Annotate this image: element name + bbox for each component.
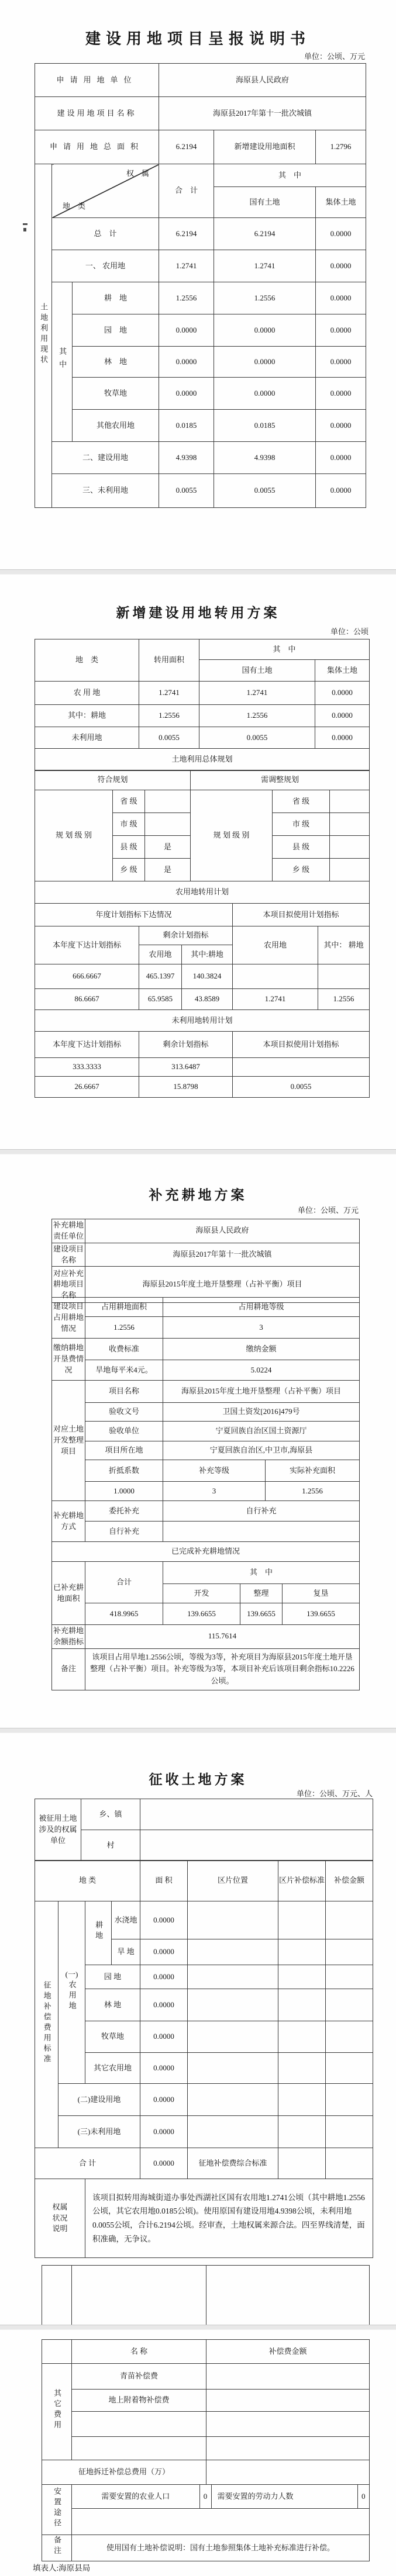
table-row: 验收单位 宁夏回族自治区国土资源厅 <box>52 1422 360 1441</box>
table-row: 一、 农用地 1.2741 1.2741 0.0000 <box>35 250 366 282</box>
labor-count-label: 需要安置的劳动力人数 <box>211 2485 357 2508</box>
applicant-value: 海原县人民政府 <box>159 64 366 97</box>
cell: 0.0000 <box>140 1965 188 1989</box>
cell: 1.2741 <box>159 250 214 282</box>
farmland-subheader: 农用地 <box>139 945 182 964</box>
accept-no-value: 卫国土资发[2016]479号 <box>163 1403 360 1422</box>
page-break <box>0 1728 396 1733</box>
table-row: 其中 耕 地 1.2556 1.2556 0.0000 <box>35 282 366 314</box>
resettlement-label: 安置途径 <box>42 2485 72 2535</box>
done-total-value: 418.9965 <box>85 1603 163 1625</box>
table-row: 其他农用地 0.0185 0.0185 0.0000 <box>35 410 366 442</box>
village-value <box>140 1830 373 1861</box>
cell: 1.2741 <box>199 682 315 705</box>
cell: 0.0000 <box>140 2084 188 2116</box>
actual-header: 实际补充面积 <box>266 1460 360 1482</box>
cell <box>145 813 191 836</box>
cell <box>278 1901 326 1939</box>
cell: 0.0000 <box>316 474 366 508</box>
table-row: 权属状况说明 该项目拟转用海城街道办事处西湖社区国有农用地1.2741公顷（其中… <box>35 2179 373 2258</box>
cell <box>233 1058 370 1077</box>
table-row: 林 地 0.0000 <box>35 1989 373 2021</box>
remark-text: 使用国有土地补偿说明：国有土地参照集体土地补充标准进行补偿。 <box>72 2535 370 2561</box>
new-area-label: 新增建设用地面积 <box>214 130 316 164</box>
done-area-group-label: 已补充耕地面积 <box>52 1562 85 1625</box>
cell <box>145 790 191 813</box>
remark-label: 备注 <box>42 2535 72 2561</box>
cell: 333.3333 <box>35 1058 139 1077</box>
occupy-area-value: 1.2556 <box>85 1317 163 1339</box>
row-label: 耕 地 <box>73 282 159 314</box>
entrusted-value: 自行补充 <box>163 1501 360 1522</box>
row-label: 林 地 <box>85 1989 140 2021</box>
row-label: 其他农用地 <box>73 410 159 442</box>
cell <box>326 2148 373 2179</box>
fee-amount <box>206 2437 370 2460</box>
fee-name-header: 名 称 <box>72 2340 206 2364</box>
project-use-header: 本项目拟使用计划指标 <box>233 1032 370 1058</box>
table-row: 333.3333 313.6487 <box>35 1058 370 1077</box>
balance-value: 115.7614 <box>85 1625 360 1649</box>
grade-value: 3 <box>163 1482 266 1501</box>
table-row: 验收文号 卫国土资发[2016]479号 <box>52 1403 360 1422</box>
table-row: 备注 使用国有土地补偿说明：国有土地参照集体土地补充标准进行补偿。 <box>42 2535 370 2561</box>
diagonal-header-cell: 权 属 地 类 <box>52 164 159 218</box>
cell <box>72 2509 370 2535</box>
row-label: 农 用 地 <box>35 682 139 705</box>
table-row: 二、建设用地 4.9398 4.9398 0.0000 <box>35 442 366 474</box>
fee-amount-value: 5.0224 <box>163 1360 360 1381</box>
cell: 0.0000 <box>214 378 316 410</box>
cell <box>278 1965 326 1989</box>
table-row: 建设项目名称 海原县2017年第十一批次城镇 <box>52 1243 360 1267</box>
plan-level-label: 规 划 级 别 <box>35 790 113 881</box>
cell: 0.0000 <box>316 442 366 474</box>
cell: 0.0000 <box>140 2053 188 2084</box>
table-row <box>42 2412 370 2437</box>
arrange-value: 139.6655 <box>240 1603 283 1625</box>
table-row: 26.6667 15.8798 0.0055 <box>35 1077 370 1098</box>
cell: 0.0000 <box>140 1939 188 1965</box>
development-group-label: 对应土地开发整理项目 <box>52 1381 85 1501</box>
cell <box>188 2084 278 2116</box>
cell <box>233 964 318 989</box>
cell <box>188 2053 278 2084</box>
township-header: 乡、镇 <box>81 1799 140 1830</box>
self-value <box>163 1522 360 1542</box>
row-label: 三、未利用地 <box>52 474 159 508</box>
occupy-fee-table: 建设项目占用耕地情况 占用耕地面积 占用耕地等级 1.2556 3 缴纳耕地开垦… <box>51 1297 360 1381</box>
cell: 0.0000 <box>316 410 366 442</box>
level-label: 市 级 <box>113 813 145 836</box>
section-done-header: 已完成补充耕地情况 <box>52 1542 360 1562</box>
occupy-grade-header: 占用耕地等级 <box>163 1298 360 1317</box>
table-row: 86.6667 65.9585 43.8589 1.2741 1.2556 <box>35 989 370 1010</box>
table-row: 规 划 级 别 省 级 规 划 级 别 省 级 <box>35 790 370 813</box>
table-row: 补充耕地余额指标 115.7614 <box>52 1625 360 1649</box>
table-row: 牧草地 0.0000 <box>35 2021 373 2053</box>
among-side-label: 其中 <box>52 282 73 442</box>
level-label: 乡 级 <box>113 859 145 881</box>
row-label: 其它农用地 <box>85 2053 140 2084</box>
cell: 0.0000 <box>140 2116 188 2148</box>
cell <box>278 2148 326 2179</box>
balance-note-table: 补充耕地余额指标 115.7614 备注 该项目占用旱地1.2556公顷，等级为… <box>51 1624 360 1690</box>
cultivated-group-label: 耕地 <box>85 1901 112 1965</box>
page2-title: 新增建设用地转用方案 <box>0 602 396 621</box>
remaining-index-header: 剩余计划指标 <box>139 1032 233 1058</box>
cell: 0.0000 <box>140 2021 188 2053</box>
cell: 0.0000 <box>316 250 366 282</box>
cell <box>278 2053 326 2084</box>
cell: 0.0185 <box>214 410 316 442</box>
table-row: 安置途径 需要安置的农业人口 0 需要安置的劳动力人数 0 <box>42 2485 370 2509</box>
accept-unit-value: 宁夏回族自治区国土资源厅 <box>163 1422 360 1441</box>
row-label: 总 计 <box>52 218 159 250</box>
ownership-table: 被征用土地涉及的权属单位 乡、镇 村 <box>35 1799 373 1861</box>
cell: 65.9585 <box>139 989 182 1010</box>
cell: 1.2556 <box>214 282 316 314</box>
page1-unit-label: 单位：公顷、万元 <box>304 50 365 61</box>
project-name-label: 建设用地项目名称 <box>35 97 159 130</box>
page3-title: 补充耕地方案 <box>0 1184 396 1204</box>
cultivated-subheader: 其中:耕地 <box>182 945 233 964</box>
page2-unit-label: 单位：公顷 <box>330 625 369 637</box>
village-header: 村 <box>81 1830 140 1861</box>
table-row: 其它农用地 0.0000 <box>35 2053 373 2084</box>
fee-standard-header: 收费标准 <box>85 1339 163 1360</box>
cell: 是 <box>145 859 191 881</box>
page1-title: 建设用地项目呈报说明书 <box>0 27 396 49</box>
table-row <box>42 2509 370 2535</box>
report-table: 申请用地单位 海原县人民政府 建设用地项目名称 海原县2017年第十一批次城镇 … <box>35 63 366 508</box>
level-label: 县 级 <box>273 836 330 859</box>
cell: 6.2194 <box>159 218 214 250</box>
std-header: 区片补偿标准 <box>278 1861 326 1901</box>
state-header: 国有土地 <box>199 660 315 682</box>
cell: 0.0055 <box>159 474 214 508</box>
row-label: 牧草地 <box>73 378 159 410</box>
table-row: 1.2556 3 <box>52 1317 360 1339</box>
cell: 0.0055 <box>233 1077 370 1098</box>
cell <box>318 964 370 989</box>
page4-title: 征收土地方案 <box>0 1769 396 1788</box>
scanned-form-packet: 建设用地项目呈报说明书 单位：公顷、万元 申请用地单位 海原县人民政府 建设用地… <box>0 0 396 2576</box>
diag-ownership-label: 权 属 <box>126 168 149 179</box>
diag-landtype-label: 地 类 <box>63 201 85 212</box>
development-project-table: 对应土地开发整理项目 项目名称 海原县2015年度土地开垦整理（占补平衡）项目 … <box>51 1380 360 1501</box>
cell: 0.0055 <box>139 727 199 749</box>
composite-std-header: 征地补偿费综合标准 <box>188 2148 278 2179</box>
cell <box>278 2021 326 2053</box>
total-area-value: 6.2194 <box>159 130 214 164</box>
arrange-header: 整理 <box>240 1584 283 1603</box>
resettlement-inner-table: 需要安置的农业人口 0 需要安置的劳动力人数 0 <box>72 2485 369 2508</box>
occupy-area-header: 占用耕地面积 <box>85 1298 163 1317</box>
applicant-label: 申请用地单位 <box>35 64 159 97</box>
accept-unit-header: 验收单位 <box>85 1422 163 1441</box>
table-row: 666.6667 465.1397 140.3824 <box>35 964 370 989</box>
cell: 1.2741 <box>214 250 316 282</box>
cell: 0.0000 <box>315 727 370 749</box>
row-label: 园 地 <box>73 314 159 347</box>
project-name-value: 海原县2017年第十一批次城镇 <box>159 97 366 130</box>
table-row: 备注 该项目占用旱地1.2556公顷，等级为3等，补充项目为海原县2015年度土… <box>52 1648 360 1690</box>
fee-standard-value: 旱地每平米4元。 <box>85 1360 163 1381</box>
cell <box>326 1989 373 2021</box>
cell: 86.6667 <box>35 989 139 1010</box>
cell: 313.6487 <box>139 1058 233 1077</box>
cell <box>72 2266 206 2325</box>
cell <box>188 1901 278 1939</box>
expropriation-table: 地 类 面 积 区片位置 区片补偿标准 补偿金额 征地补偿费用标准 (一) 农用… <box>35 1860 373 2258</box>
cell <box>188 1989 278 2021</box>
total-label: 合 计 <box>35 2148 140 2179</box>
land-use-status-side-label: 土地利用现状 <box>35 164 52 508</box>
cell: 0.0000 <box>159 314 214 347</box>
unused-plan-table: 本年度下达计划指标 剩余计划指标 本项目拟使用计划指标 333.3333 313… <box>35 1031 370 1098</box>
amount-header: 补偿金额 <box>326 1861 373 1901</box>
level-label: 省 级 <box>273 790 330 813</box>
cell <box>278 1989 326 2021</box>
self-header: 自行补充 <box>85 1522 163 1542</box>
cell: 0.0000 <box>140 1989 188 2021</box>
table-row: 对应土地开发整理项目 项目名称 海原县2015年度土地开垦整理（占补平衡）项目 <box>52 1381 360 1403</box>
table-row: 村 <box>35 1830 373 1861</box>
fee-name: 地上附着物补偿费 <box>72 2390 206 2412</box>
level-label: 市 级 <box>273 813 330 836</box>
done-total-header: 合计 <box>85 1562 163 1603</box>
cell: 0.0000 <box>316 378 366 410</box>
cell: 1.2741 <box>139 682 199 705</box>
fee-amount-header: 补偿费金额 <box>206 2340 370 2364</box>
plan-level-table: 符合规划 需调整规划 规 划 级 别 省 级 规 划 级 别 省 级 市 级 市… <box>35 770 370 904</box>
table-row: 牧草地 0.0000 0.0000 0.0000 <box>35 378 366 410</box>
cell: 140.3824 <box>182 964 233 989</box>
cell <box>188 2116 278 2148</box>
occupy-grade-value: 3 <box>163 1317 360 1339</box>
coef-value: 1.0000 <box>85 1482 163 1501</box>
cell <box>188 2021 278 2053</box>
row-label: 二、建设用地 <box>52 442 159 474</box>
cell: 465.1397 <box>139 964 182 989</box>
cell <box>206 2266 370 2325</box>
develop-value: 139.6655 <box>163 1603 240 1625</box>
fee-group-label: 缴纳耕地开垦费情况 <box>52 1339 85 1381</box>
table-row: 园 地 0.0000 <box>35 1965 373 1989</box>
cell <box>278 2084 326 2116</box>
compensation-side-label: 征地补偿费用标准 <box>35 1901 58 2148</box>
row-label: (三)未利用地 <box>58 2116 140 2148</box>
cell: 1.2556 <box>139 705 199 727</box>
cell <box>326 1939 373 1965</box>
new-area-value: 1.2796 <box>316 130 366 164</box>
cell <box>278 2116 326 2148</box>
table-row: 园 地 0.0000 0.0000 0.0000 <box>35 314 366 347</box>
cell: 666.6667 <box>35 964 139 989</box>
cell <box>42 2340 72 2364</box>
conversion-table: 地 类 转用面积 其 中 国有土地 集体土地 农 用 地 1.2741 1.27… <box>35 639 370 771</box>
table-row: 合 计 0.0000 征地补偿费综合标准 <box>35 2148 373 2179</box>
table-row: 补充耕地方式 委托补充 自行补充 <box>52 1501 360 1522</box>
col-collective-header: 集体土地 <box>316 187 366 218</box>
total-fee-value <box>206 2460 370 2485</box>
project-use-header: 本项目拟使用计划指标 <box>233 904 370 926</box>
page-break <box>0 569 396 575</box>
farmland-header: 农用地 <box>233 926 318 964</box>
cell <box>326 1901 373 1939</box>
remaining-index-header: 剩余计划指标 <box>139 926 233 945</box>
cell: 是 <box>145 836 191 859</box>
balance-label: 补充耕地余额指标 <box>52 1625 85 1649</box>
page4-unit-label: 单位：公顷、万元、人 <box>297 1787 373 1799</box>
fee-amount <box>206 2412 370 2437</box>
entrusted-header: 委托补充 <box>85 1501 163 1522</box>
coef-header: 折抵系数 <box>85 1460 163 1482</box>
collective-header: 集体土地 <box>315 660 370 682</box>
landtype-header: 地 类 <box>35 1861 140 1901</box>
cell: 0.0000 <box>159 378 214 410</box>
table-row: (三)未利用地 0.0000 <box>35 2116 373 2148</box>
among-header: 其 中 <box>199 639 370 660</box>
section-unused-conversion: 未利用地转用计划 <box>35 1010 370 1032</box>
row-label: 牧草地 <box>85 2021 140 2053</box>
cell: 0.0185 <box>159 410 214 442</box>
location-header: 项目所在地 <box>85 1441 163 1460</box>
cell <box>330 836 370 859</box>
cell: 0.0000 <box>159 347 214 378</box>
table-row: 林 地 0.0000 0.0000 0.0000 <box>35 347 366 378</box>
done-among-header: 其 中 <box>163 1562 360 1584</box>
table-row: 未利用地 0.0055 0.0055 0.0000 <box>35 727 370 749</box>
group-number: (一) <box>59 1969 84 1980</box>
responsible-unit-label: 补充耕地责任单位 <box>52 1219 85 1243</box>
occupy-group-label: 建设项目占用耕地情况 <box>52 1298 85 1339</box>
cell: 4.9398 <box>214 442 316 474</box>
cell: 0.0000 <box>315 682 370 705</box>
row-label: 林 地 <box>73 347 159 378</box>
table-row: 总 计 6.2194 6.2194 0.0000 <box>35 218 366 250</box>
plan-level-label: 规 划 级 别 <box>191 790 273 881</box>
township-value <box>140 1799 373 1830</box>
cell <box>188 1939 278 1965</box>
level-label: 乡 级 <box>273 859 330 881</box>
total-area-value: 0.0000 <box>140 2148 188 2179</box>
fee-amount <box>206 2390 370 2412</box>
cell: 1.2556 <box>199 705 315 727</box>
reclaim-value: 139.6655 <box>283 1603 360 1625</box>
note-label: 备注 <box>52 1648 85 1690</box>
cell: 0.0000 <box>140 1901 188 1939</box>
table-row: 项目所在地 宁夏回族自治区,中卫市,海原县 <box>52 1441 360 1460</box>
cell: 4.9398 <box>159 442 214 474</box>
annual-issued-header: 年度计划指标下达情况 <box>35 904 233 926</box>
note-text: 该项目占用旱地1.2556公顷，等级为3等，补充项目为海原县2015年度土地开垦… <box>85 1648 360 1690</box>
cell: 0.0000 <box>316 218 366 250</box>
cell <box>330 859 370 881</box>
compensation-fee-table: 名 称 补偿费金额 其它费用 青苗补偿费 地上附着物补偿费 征地拆迁补偿总费用（… <box>42 2339 370 2561</box>
cell: 0.0055 <box>199 727 315 749</box>
cell <box>326 1965 373 1989</box>
cell <box>326 2053 373 2084</box>
develop-header: 开发 <box>163 1584 240 1603</box>
dev-name-header: 项目名称 <box>85 1381 163 1403</box>
farmland-vertical-label: 农用地 <box>67 1980 75 2012</box>
supplement-info-table: 补充耕地责任单位 海原县人民政府 建设项目名称 海原县2017年第十一批次城镇 … <box>51 1219 360 1303</box>
row-label: (二)建设用地 <box>58 2084 140 2116</box>
table-row: 三、未利用地 0.0055 0.0055 0.0000 <box>35 474 366 508</box>
cell: 43.8589 <box>182 989 233 1010</box>
owner-unit-label: 被征用土地涉及的权属单位 <box>35 1799 81 1861</box>
page-break <box>0 2325 396 2330</box>
farmland-group-label: (一) 农用地 <box>58 1901 85 2084</box>
cell <box>326 2084 373 2116</box>
cell: 0.0000 <box>315 705 370 727</box>
area-header: 面 积 <box>140 1861 188 1901</box>
scan-artifact <box>23 223 27 225</box>
other-fees-label: 其它费用 <box>42 2364 72 2460</box>
done-section-table: 已完成补充耕地情况 <box>51 1541 360 1562</box>
cell: 1.2556 <box>159 282 214 314</box>
table-row: 旱地每平米4元。 5.0224 <box>52 1360 360 1381</box>
location-value: 宁夏回族自治区,中卫市,海原县 <box>163 1441 360 1460</box>
cell: 15.8798 <box>139 1077 233 1098</box>
cell: 26.6667 <box>35 1077 139 1098</box>
responsible-unit-value: 海原县人民政府 <box>85 1219 360 1243</box>
location-header: 区片位置 <box>188 1861 278 1901</box>
adjust-plan-header: 需调整规划 <box>191 770 370 790</box>
cell: 0.0000 <box>316 314 366 347</box>
table-row: 被征用土地涉及的权属单位 乡、镇 <box>35 1799 373 1830</box>
total-area-label: 申请用地总面积 <box>35 130 159 164</box>
page3-unit-label: 单位：公顷、万元 <box>298 1204 359 1215</box>
cell: 0.0000 <box>316 347 366 378</box>
scan-artifact <box>23 228 26 231</box>
row-label: 旱 地 <box>112 1939 140 1965</box>
table-row: 农 用 地 1.2741 1.2741 0.0000 <box>35 682 370 705</box>
col-among-header: 其 中 <box>214 164 366 187</box>
cell: 1.2556 <box>318 989 370 1010</box>
row-label: 一、 农用地 <box>52 250 159 282</box>
cell: 0.0055 <box>214 474 316 508</box>
table-row: 征地补偿费用标准 (一) 农用地 耕地 水浇地 0.0000 <box>35 1901 373 1939</box>
fee-name: 青苗补偿费 <box>72 2364 206 2390</box>
cell: 6.2194 <box>214 218 316 250</box>
cell: 0.0000 <box>214 347 316 378</box>
cell <box>326 2021 373 2053</box>
project-name-label: 建设项目名称 <box>52 1243 85 1267</box>
table-row: 1.0000 3 1.2556 <box>52 1482 360 1501</box>
cell <box>330 790 370 813</box>
grade-header: 补充等级 <box>163 1460 266 1482</box>
table-row: 其它费用 青苗补偿费 <box>42 2364 370 2390</box>
section-farm-conversion: 农用地转用计划 <box>35 881 370 904</box>
agri-population-label: 需要安置的农业人口 <box>72 2485 199 2508</box>
cell <box>188 1965 278 1989</box>
level-label: 县 级 <box>113 836 145 859</box>
done-area-table: 已补充耕地面积 合计 其 中 开发 整理 复垦 418.9965 139.665… <box>51 1561 360 1625</box>
table-row: (二)建设用地 0.0000 <box>35 2084 373 2116</box>
total-fee-label: 征地拆迁补偿总费用（万） <box>42 2460 206 2485</box>
farm-plan-table: 年度计划指标下达情况 本项目拟使用计划指标 本年度下达计划指标 剩余计划指标 农… <box>35 903 370 1032</box>
level-label: 省 级 <box>113 790 145 813</box>
fee-name <box>72 2437 206 2460</box>
table-row: 自行补充 <box>52 1522 360 1542</box>
cultivated-header: 其中： 耕地 <box>318 926 370 964</box>
cell <box>330 813 370 836</box>
fee-name <box>72 2412 206 2437</box>
cell: 0.0000 <box>316 282 366 314</box>
